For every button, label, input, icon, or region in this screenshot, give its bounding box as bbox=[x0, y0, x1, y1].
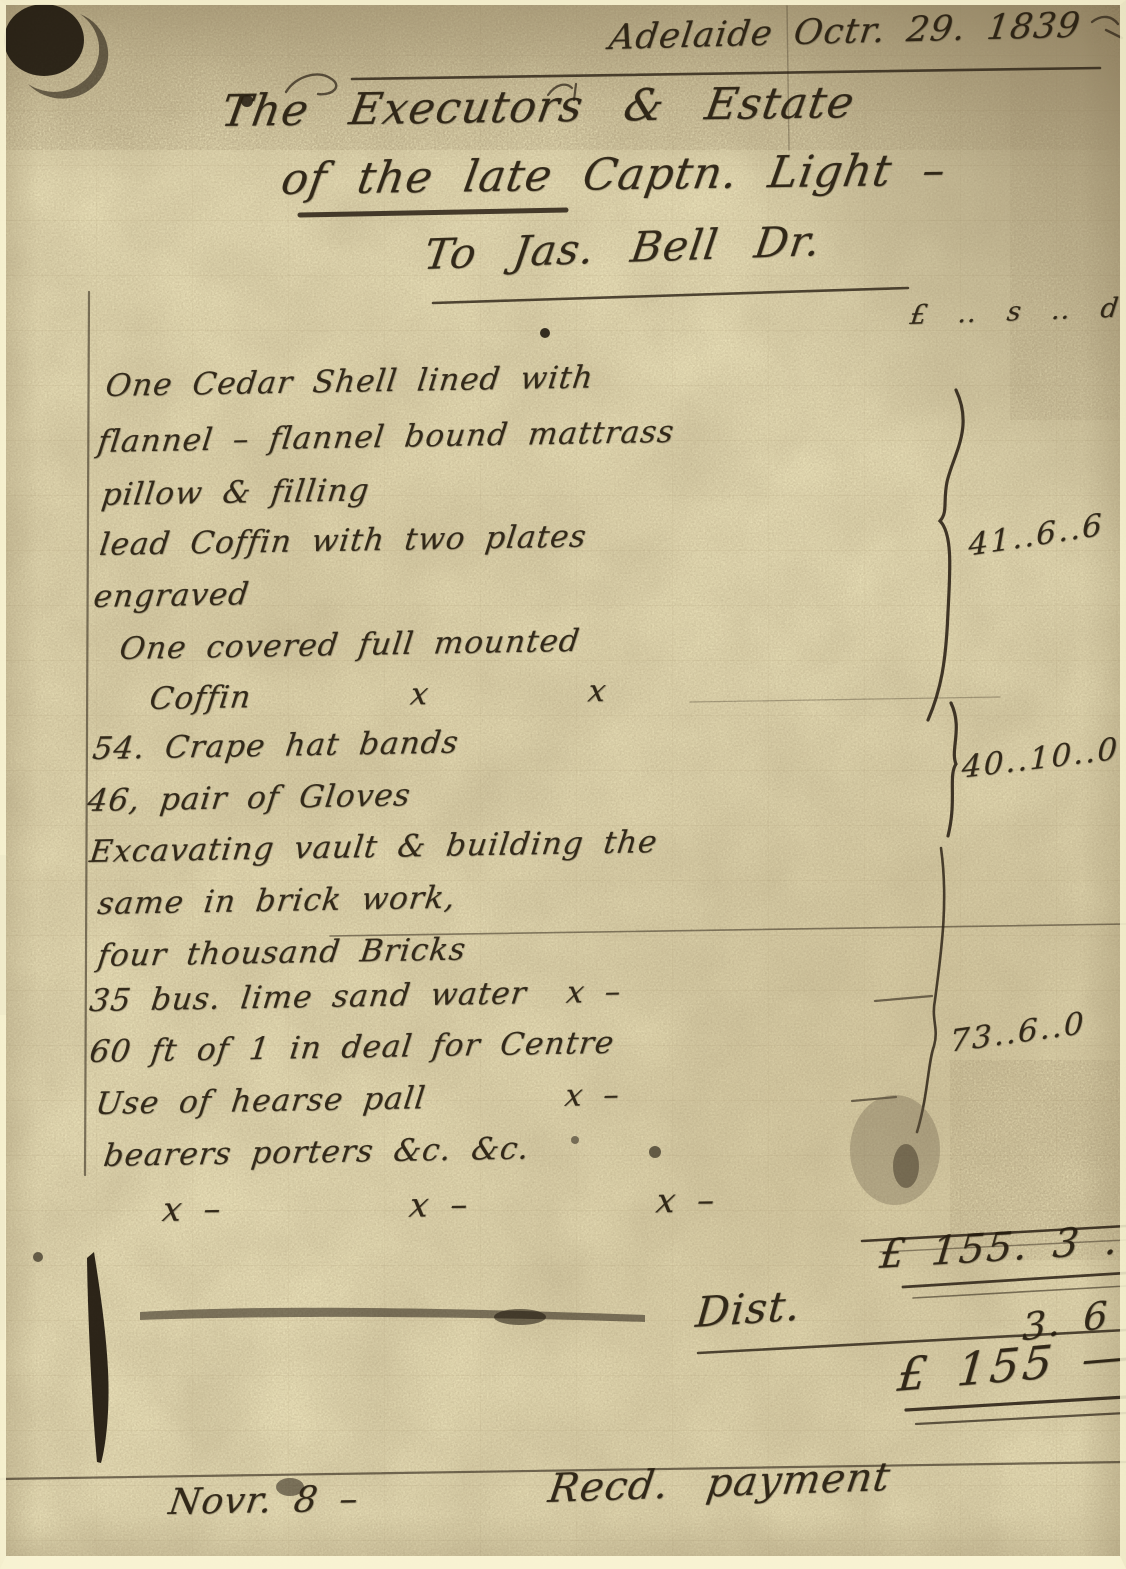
ink-dot-4 bbox=[571, 1136, 579, 1144]
payment-note: Recd. payment bbox=[545, 1454, 893, 1512]
horizontal-smear bbox=[140, 1308, 645, 1322]
grey-smudge bbox=[850, 1095, 940, 1205]
ink-brace-1 bbox=[928, 390, 963, 720]
document-page: Adelaide Octr. 29. 1839 The Executors & … bbox=[0, 0, 1126, 1569]
ink-dot-3 bbox=[649, 1146, 661, 1158]
amount-group-1: 41..6..6 bbox=[968, 507, 1104, 564]
billto-underline bbox=[433, 288, 908, 303]
currency-column-header: £ .. s .. d bbox=[908, 293, 1121, 331]
dash-rule-1 bbox=[690, 697, 1000, 702]
left-edge-mark-1 bbox=[0, 855, 6, 1015]
topleft-ink-blob bbox=[4, 4, 84, 76]
item-line-5: engraved bbox=[92, 576, 252, 615]
item-line-11: same in brick work, bbox=[96, 880, 458, 922]
net-rule-2 bbox=[916, 1413, 1126, 1424]
date-underline bbox=[352, 68, 1100, 79]
grey-smudge-core bbox=[893, 1144, 919, 1188]
billed-to-line: To Jas. Bell Dr. bbox=[421, 216, 824, 279]
item-line-4: lead Coffin with two plates bbox=[98, 519, 589, 563]
item-line-2: flannel – flannel bound mattrass bbox=[96, 414, 677, 460]
title-line-1: The Executors & Estate bbox=[218, 77, 859, 137]
dash-mark-1 bbox=[875, 996, 932, 1001]
title-line-2: of the late Captn. Light – bbox=[278, 145, 950, 205]
net-amount: £ 155 — bbox=[895, 1328, 1126, 1402]
left-edge-mark-2 bbox=[0, 1190, 5, 1340]
ink-dot-1 bbox=[540, 328, 550, 338]
net-rule-1 bbox=[906, 1397, 1126, 1410]
item-line-6: One covered full mounted bbox=[118, 623, 583, 667]
dash-mark-2 bbox=[852, 1097, 896, 1101]
ink-streak bbox=[87, 1252, 109, 1463]
item-line-13: 35 bus. lime sand water x – bbox=[88, 974, 624, 1019]
footer-date: Novr. 8 – bbox=[166, 1479, 361, 1523]
place-date-line: Adelaide Octr. 29. 1839 bbox=[607, 6, 1083, 58]
ink-brace-3 bbox=[917, 848, 944, 1132]
total-amount: £ 155. 3 . 6 bbox=[878, 1214, 1126, 1278]
item-line-8: 54. Crape hat bands bbox=[91, 725, 461, 767]
amount-group-3: 73..6..0 bbox=[950, 1005, 1086, 1059]
amount-group-2: 40..10..0 bbox=[961, 731, 1119, 786]
item-line-9: 46, pair of Gloves bbox=[86, 777, 413, 819]
discount-label: Dist. bbox=[694, 1281, 803, 1337]
item-line-16: bearers porters &c. &c. bbox=[102, 1131, 532, 1174]
ink-dot-5 bbox=[33, 1252, 43, 1262]
topleft-ink-ring bbox=[28, 14, 108, 99]
item-line-7: Coffin x x bbox=[148, 673, 609, 717]
smear-blotch bbox=[494, 1309, 546, 1325]
left-margin-rule bbox=[85, 292, 89, 1175]
item-line-12: four thousand Bricks bbox=[96, 932, 469, 974]
item-line-17: x – x – x – bbox=[160, 1180, 718, 1230]
item-line-10: Excavating vault & building the bbox=[88, 824, 660, 870]
ink-brace-2 bbox=[948, 703, 956, 836]
total-rule-under-1 bbox=[903, 1273, 1126, 1287]
item-line-3: pillow & filling bbox=[100, 472, 372, 513]
title-underline bbox=[300, 210, 566, 215]
corner-fragment-mark bbox=[1092, 17, 1122, 38]
item-line-15: Use of hearse pall x – bbox=[94, 1077, 623, 1122]
item-line-14: 60 ft of 1 in deal for Centre bbox=[88, 1025, 617, 1070]
item-line-1: One Cedar Shell lined with bbox=[104, 360, 596, 404]
